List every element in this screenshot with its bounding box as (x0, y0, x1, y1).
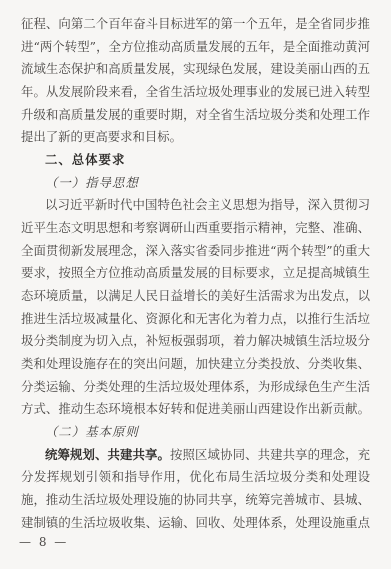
text-line: 分发挥规划引领和指导作用，优化布局生活垃圾分类和处理设 (21, 466, 370, 489)
text-line: 以习近平新时代中国特色社会主义思想为指导，深入贯彻习 (21, 194, 370, 217)
section-heading: 二、总体要求 (21, 149, 370, 172)
text-line: 流域生态保护和高质量发展，实现绿色发展，建设美丽山西的五 (21, 58, 370, 81)
text-line: 升级和高质量发展的重要时期，对全省生活垃圾分类和处理工作 (21, 104, 370, 127)
text-line: （二）基本原则 (21, 421, 370, 444)
text-line: 近平生态文明思想和考察调研山西重要指示精神，完整、准确、 (21, 217, 370, 240)
text-line: 全面贯彻新发展理念，深入落实省委同步推进“两个转型”的重大 (21, 240, 370, 263)
text-line: 分类运输、分类处理的生活垃圾处理体系，为形成绿色生产生活 (21, 376, 370, 399)
paragraph-continuation: 征程、向第二个百年奋斗目标进军的第一个五年，是全省同步推进“两个转型”，全方位推… (21, 13, 370, 149)
text-line: 要求，按照全方位推动高质量发展的目标要求，立足提高城镇生 (21, 262, 370, 285)
text-line: 类和处理设施存在的突出问题，加快建立分类投放、分类收集、 (21, 353, 370, 376)
text-line: 征程、向第二个百年奋斗目标进军的第一个五年，是全省同步推 (21, 13, 370, 36)
subsection-heading: （二）基本原则 (21, 421, 370, 444)
text-line: （一）指导思想 (21, 172, 370, 195)
text-line: 提出了新的更高要求和目标。 (21, 126, 370, 149)
text-line: 态环境质量，以满足人民日益增长的美好生活需求为出发点，以 (21, 285, 370, 308)
text-line: 统筹规划、共建共享。按照区域协同、共建共享的理念，充 (21, 444, 370, 467)
paragraph: 统筹规划、共建共享。按照区域协同、共建共享的理念，充分发挥规划引领和指导作用，优… (21, 444, 370, 535)
subsection-heading: （一）指导思想 (21, 172, 370, 195)
document-page: 征程、向第二个百年奋斗目标进军的第一个五年，是全省同步推进“两个转型”，全方位推… (0, 0, 391, 569)
document-content: 征程、向第二个百年奋斗目标进军的第一个五年，是全省同步推进“两个转型”，全方位推… (21, 13, 370, 534)
text-line: 方式、推动生态环境根本好转和促进美丽山西建设作出新贡献。 (21, 398, 370, 421)
bold-lead-text: 统筹规划、共建共享。 (45, 447, 170, 462)
paragraph: 以习近平新时代中国特色社会主义思想为指导，深入贯彻习近平生态文明思想和考察调研山… (21, 194, 370, 421)
page-number: — 8 — (19, 535, 68, 549)
text-segment: 按照区域协同、共建共享的理念，充 (170, 447, 370, 462)
text-line: 二、总体要求 (21, 149, 370, 172)
text-line: 建制镇的生活垃圾收集、运输、回收、处理体系，处理设施重点 (21, 512, 370, 535)
text-line: 推进生活垃圾减量化、资源化和无害化为着力点，以推行生活垃 (21, 308, 370, 331)
text-line: 年。从发展阶段来看，全省生活垃圾处理事业的发展已进入转型 (21, 81, 370, 104)
text-line: 圾分类制度为切入点，补短板强弱项，着力解决城镇生活垃圾分 (21, 330, 370, 353)
text-line: 施，推动生活垃圾处理设施的协同共享，统筹完善城市、县城、 (21, 489, 370, 512)
text-line: 进“两个转型”，全方位推动高质量发展的五年，是全面推动黄河 (21, 36, 370, 59)
